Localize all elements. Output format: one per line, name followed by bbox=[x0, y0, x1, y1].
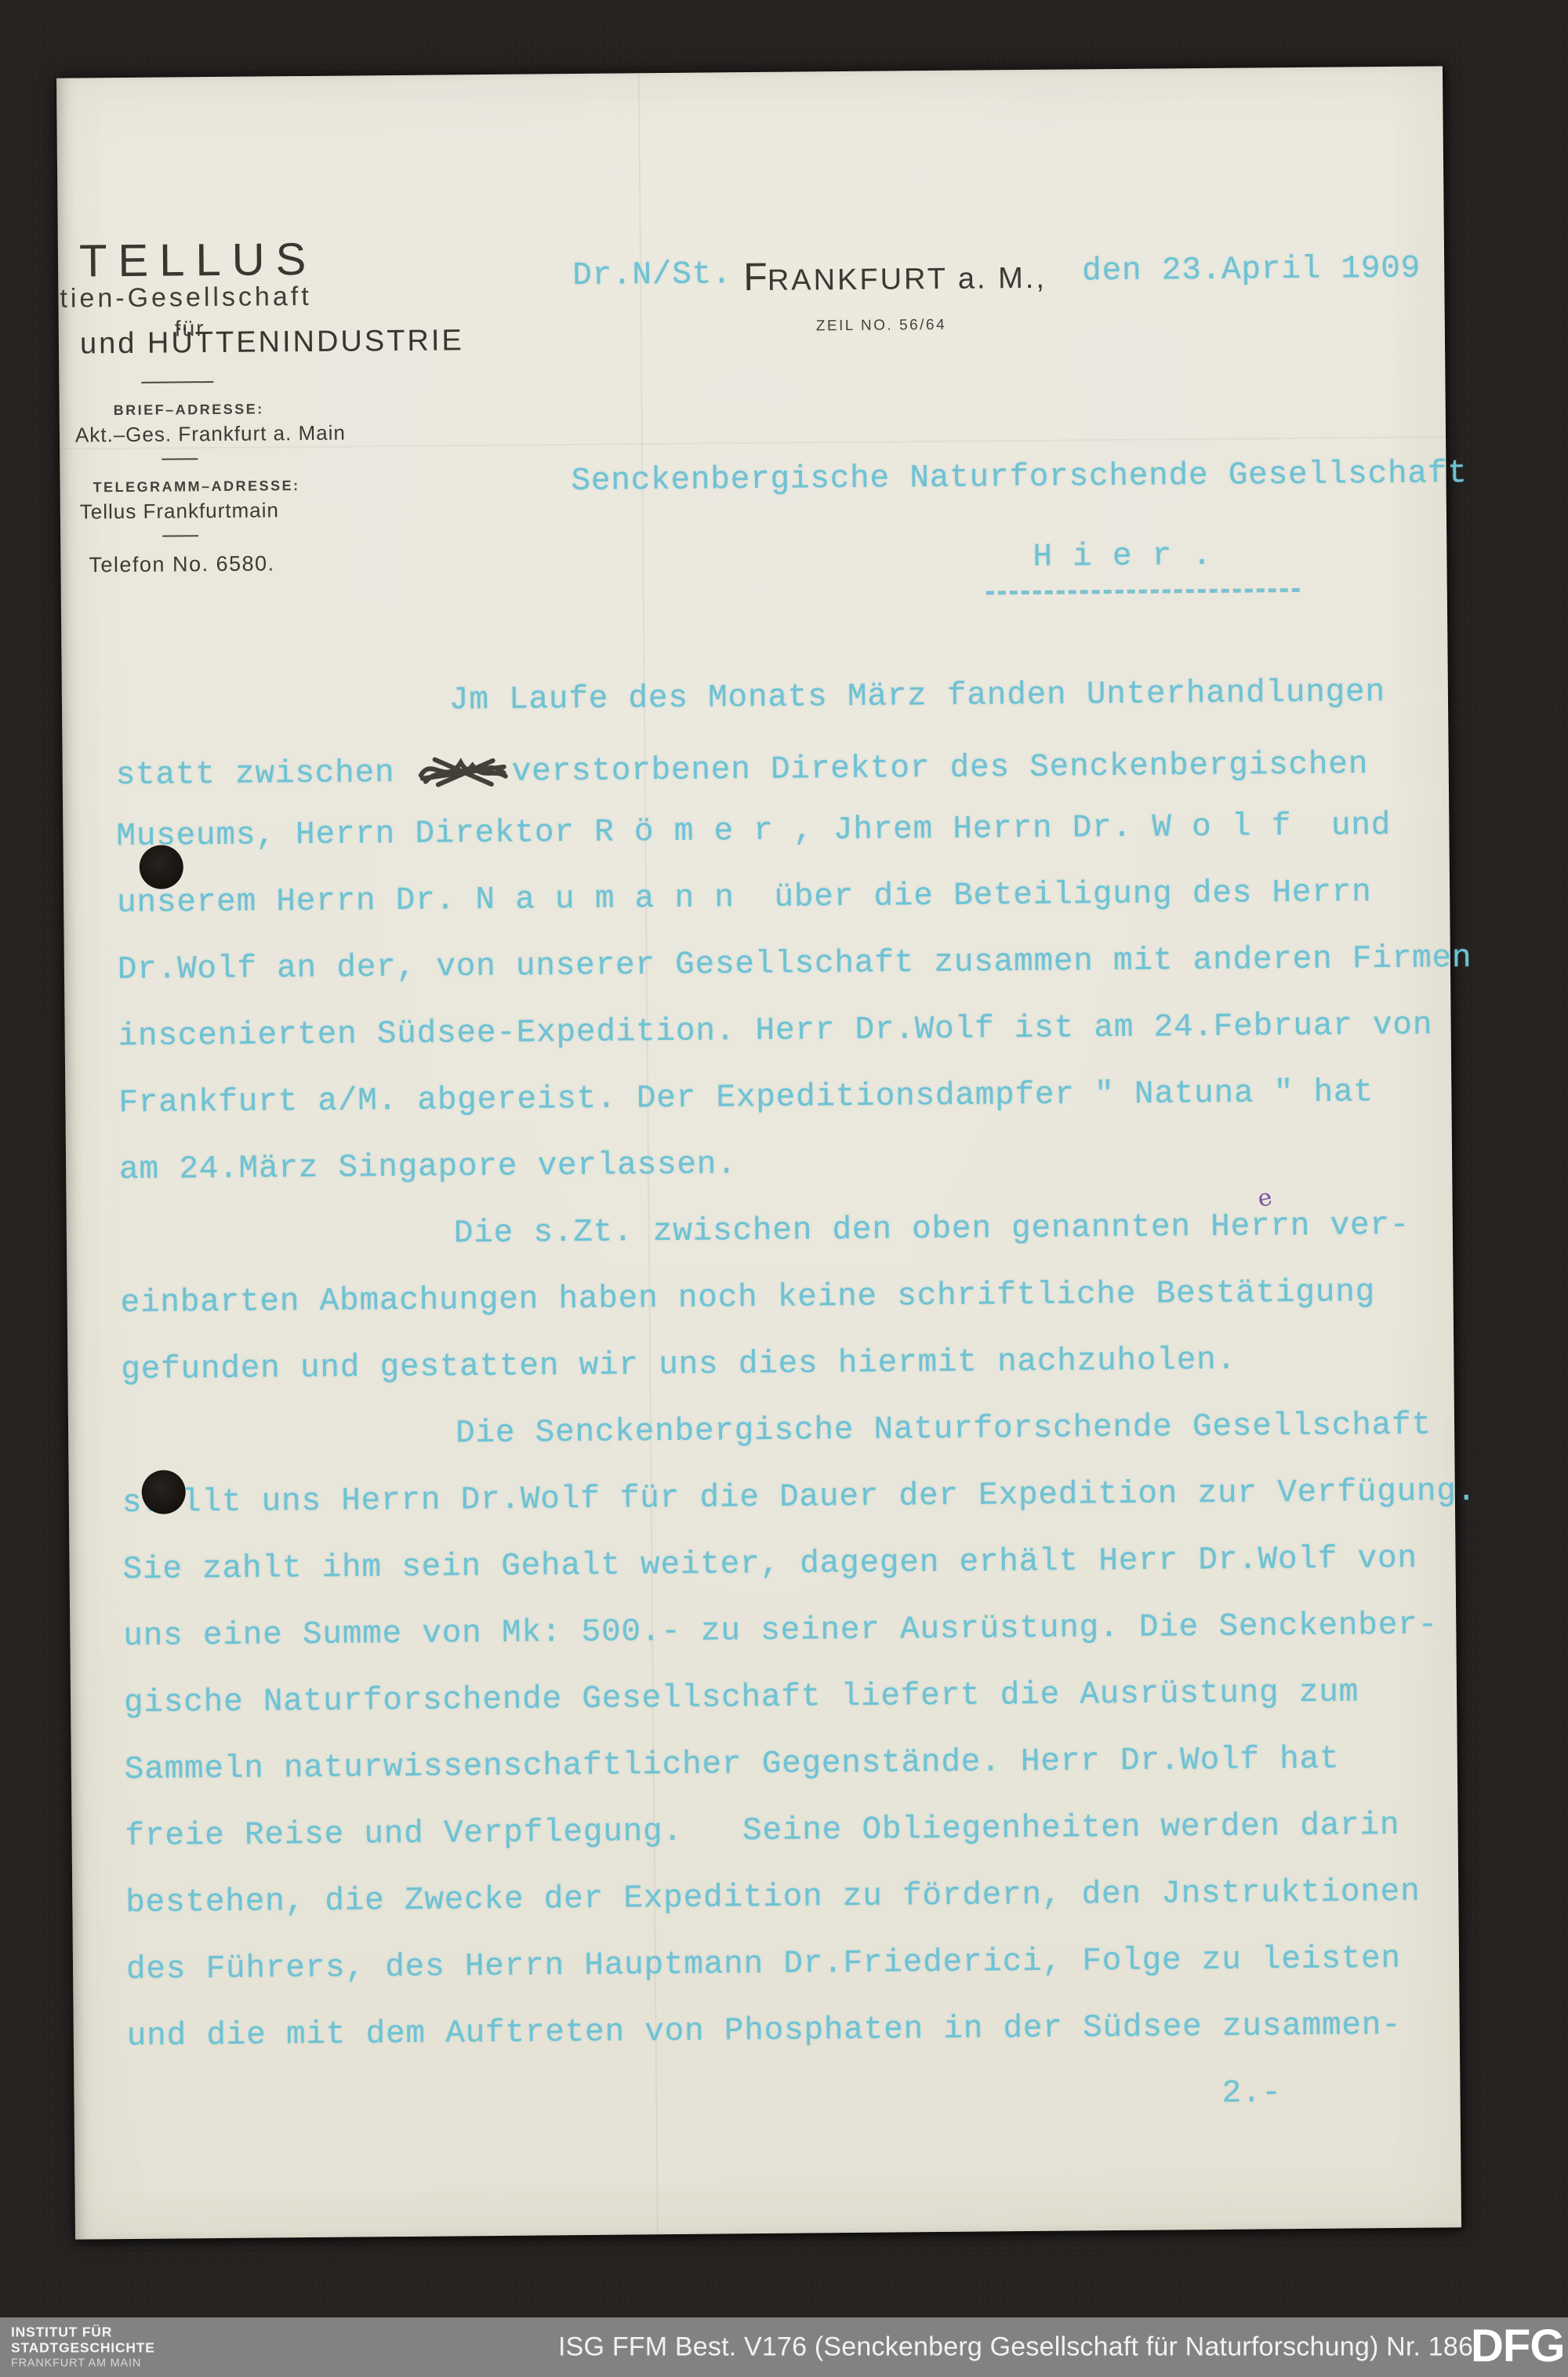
archive-reference-text: ISG FFM Best. V176 (Senckenberg Gesellsc… bbox=[558, 2332, 1473, 2363]
body-line: Museums, Herrn Direktor R ö m e r , Jhre… bbox=[116, 810, 1391, 853]
body-line: und die mit dem Auftreten von Phosphaten… bbox=[127, 2010, 1402, 2053]
telegramm-adresse-label: TELEGRAMM–ADRESSE: bbox=[93, 478, 299, 496]
street-address: ZEIL NO. 56/64 bbox=[816, 317, 946, 335]
body-line: am 24.März Singapore verlassen. bbox=[119, 1149, 737, 1187]
body-line: einbarten Abmachungen haben noch keine s… bbox=[120, 1277, 1375, 1320]
body-line: unserem Herrn Dr. N a u m a n n über die… bbox=[117, 877, 1372, 920]
body-line: Die s.Zt. zwischen den oben genannten He… bbox=[454, 1210, 1410, 1251]
recipient-block: Senckenbergische Naturforschende Gesells… bbox=[56, 66, 1443, 78]
letterhead-divider bbox=[162, 535, 198, 536]
letterhead: TELLUS tien-Gesellschaft für und HÜTTENI… bbox=[56, 66, 1443, 78]
institute-line: STADTGESCHICHTE bbox=[11, 2340, 155, 2356]
typist-reference: Dr.N/St. bbox=[572, 259, 732, 293]
company-name: TELLUS bbox=[79, 233, 318, 288]
letter-body: Jm Laufe des Monats März fanden Unterhan… bbox=[56, 66, 1443, 78]
institute-line: FRANKFURT AM MAIN bbox=[11, 2357, 155, 2369]
punch-hole-top bbox=[140, 845, 183, 889]
body-line: gefunden und gestatten wir uns dies hier… bbox=[121, 1345, 1236, 1387]
body-line: Dr.Wolf an der, von unserer Gesellschaft… bbox=[118, 943, 1472, 987]
letterhead-divider bbox=[162, 458, 198, 460]
brief-adresse-label: BRIEF–ADRESSE: bbox=[114, 401, 264, 419]
page-continuation-marker: 2.- bbox=[1221, 2077, 1282, 2110]
body-line-fragment: statt zwischen bbox=[116, 755, 415, 794]
dfg-logo: DFG bbox=[1471, 2320, 1564, 2372]
dateline: Dr.N/St. FRANKFURT a. M., den 23.April 1… bbox=[56, 66, 1443, 78]
body-line: Die Senckenbergische Naturforschende Ges… bbox=[456, 1410, 1432, 1451]
body-line-fragment: verstorbenen Direktor des Senckenbergisc… bbox=[512, 747, 1369, 791]
typed-dash-underline bbox=[986, 588, 1300, 594]
institute-line: INSTITUT FÜR bbox=[11, 2324, 155, 2340]
body-line: bestehen, die Zwecke der Expedition zu f… bbox=[125, 1877, 1421, 1920]
body-line: Sie zahlt ihm sein Gehalt weiter, dagege… bbox=[122, 1543, 1417, 1586]
letterhead-divider bbox=[141, 381, 213, 383]
body-line: des Führers, des Herrn Hauptmann Dr.Frie… bbox=[126, 1943, 1401, 1986]
body-line: inscenierten Südsee-Expedition. Herr Dr.… bbox=[118, 1009, 1433, 1053]
body-line: Sammeln naturwissenschaftlicher Gegenstä… bbox=[125, 1744, 1340, 1787]
institute-logo: INSTITUT FÜR STADTGESCHICHTE FRANKFURT A… bbox=[11, 2324, 155, 2369]
brief-adresse-value: Akt.–Ges. Frankfurt a. Main bbox=[75, 421, 346, 448]
letter-page: TELLUS tien-Gesellschaft für und HÜTTENI… bbox=[56, 66, 1461, 2239]
recipient-name: Senckenbergische Naturforschende Gesells… bbox=[571, 458, 1468, 498]
punch-hole-bottom bbox=[142, 1470, 186, 1514]
company-industry-line: und HÜTTENINDUSTRIE bbox=[80, 324, 464, 361]
body-line: freie Reise und Verpflegung. Seine Oblie… bbox=[125, 1810, 1399, 1853]
body-line: Frankfurt a/M. abgereist. Der Expedition… bbox=[118, 1077, 1374, 1120]
ink-scribble-strikeout bbox=[416, 751, 509, 788]
recipient-city: H i e r . bbox=[1033, 540, 1212, 574]
body-line: gische Naturforschende Gesellschaft lief… bbox=[124, 1677, 1359, 1720]
body-line: Jm Laufe des Monats März fanden Unterhan… bbox=[449, 677, 1385, 717]
company-type-line: tien-Gesellschaft bbox=[60, 282, 312, 314]
typed-date: den 23.April 1909 bbox=[1082, 253, 1421, 289]
telefon-number: Telefon No. 6580. bbox=[89, 551, 274, 577]
body-line-with-scribble: statt zwischen verstorbenen Direktor des… bbox=[116, 743, 1369, 792]
archive-footer-bar: INSTITUT FÜR STADTGESCHICHTE FRANKFURT A… bbox=[0, 2317, 1568, 2377]
scanner-background: { "letterhead": { "company_name": "TELLU… bbox=[0, 0, 1568, 2377]
body-line: uns eine Summe von Mk: 500.- zu seiner A… bbox=[123, 1609, 1438, 1653]
telegramm-adresse-value: Tellus Frankfurtmain bbox=[80, 498, 279, 524]
city-printed: FRANKFURT a. M., bbox=[743, 252, 1047, 300]
body-line: stellt uns Herrn Dr.Wolf für die Dauer d… bbox=[122, 1476, 1477, 1520]
